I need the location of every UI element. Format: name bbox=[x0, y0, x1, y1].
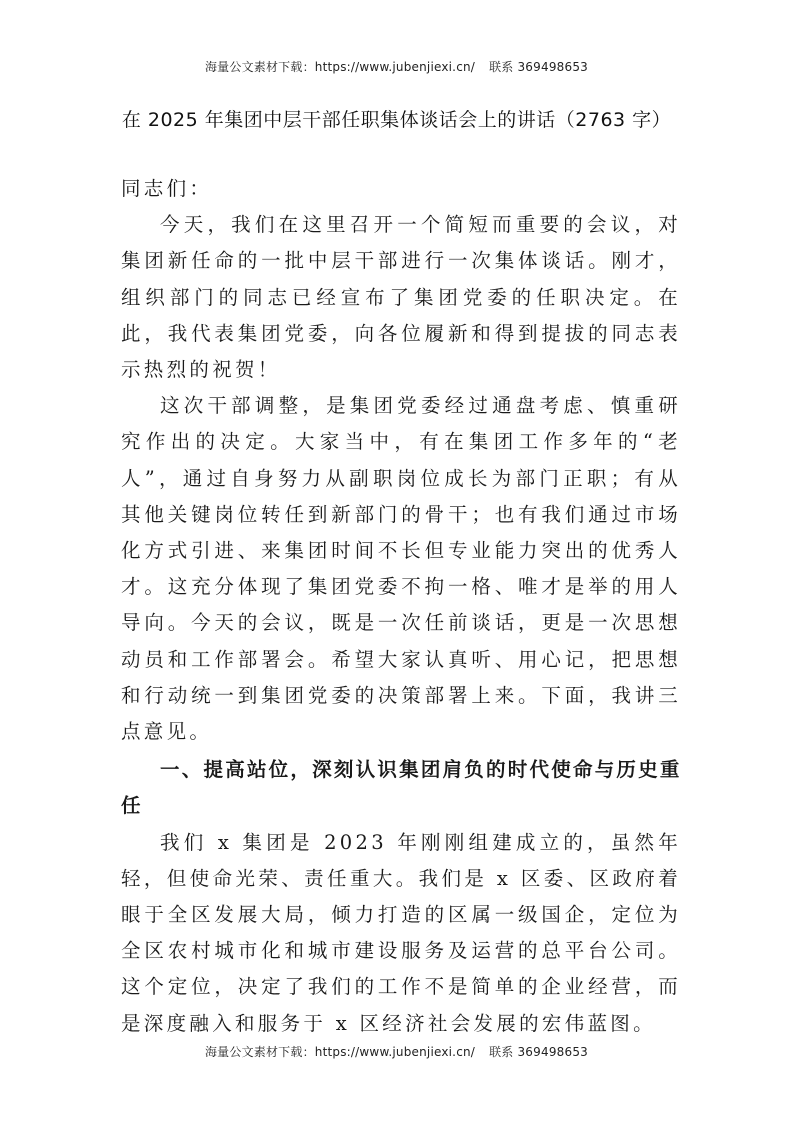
salutation: 同志们： bbox=[121, 171, 681, 207]
paragraph-adjustment: 这次干部调整，是集团党委经过通盘考虑、慎重研究作出的决定。大家当中，有在集团工作… bbox=[121, 388, 681, 750]
section-heading-1: 一、提高站位，深刻认识集团肩负的时代使命与历史重任 bbox=[121, 752, 681, 824]
paragraph-opening: 今天，我们在这里召开一个简短而重要的会议，对集团新任命的一批中层干部进行一次集体… bbox=[121, 207, 681, 388]
footer-label: 海量公文素材下载： bbox=[205, 1045, 315, 1059]
footer-url-link[interactable]: https://www.jubenjiexi.cn/ bbox=[315, 1045, 475, 1059]
document-body: 同志们： 今天，我们在这里召开一个简短而重要的会议，对集团新任命的一批中层干部进… bbox=[121, 171, 681, 1042]
page-header: 海量公文素材下载：https://www.jubenjiexi.cn/联系 36… bbox=[0, 58, 793, 75]
page-footer: 海量公文素材下载：https://www.jubenjiexi.cn/联系 36… bbox=[0, 1043, 793, 1060]
header-label: 海量公文素材下载： bbox=[205, 60, 315, 74]
header-url-link[interactable]: https://www.jubenjiexi.cn/ bbox=[315, 60, 475, 74]
footer-contact: 联系 369498653 bbox=[489, 1045, 588, 1059]
document-title: 在 2025 年集团中层干部任职集体谈话会上的讲话（2763 字） bbox=[0, 105, 793, 132]
header-contact: 联系 369498653 bbox=[489, 60, 588, 74]
paragraph-section-1: 我们 x 集团是 2023 年刚刚组建成立的，虽然年轻，但使命光荣、责任重大。我… bbox=[121, 825, 681, 1042]
